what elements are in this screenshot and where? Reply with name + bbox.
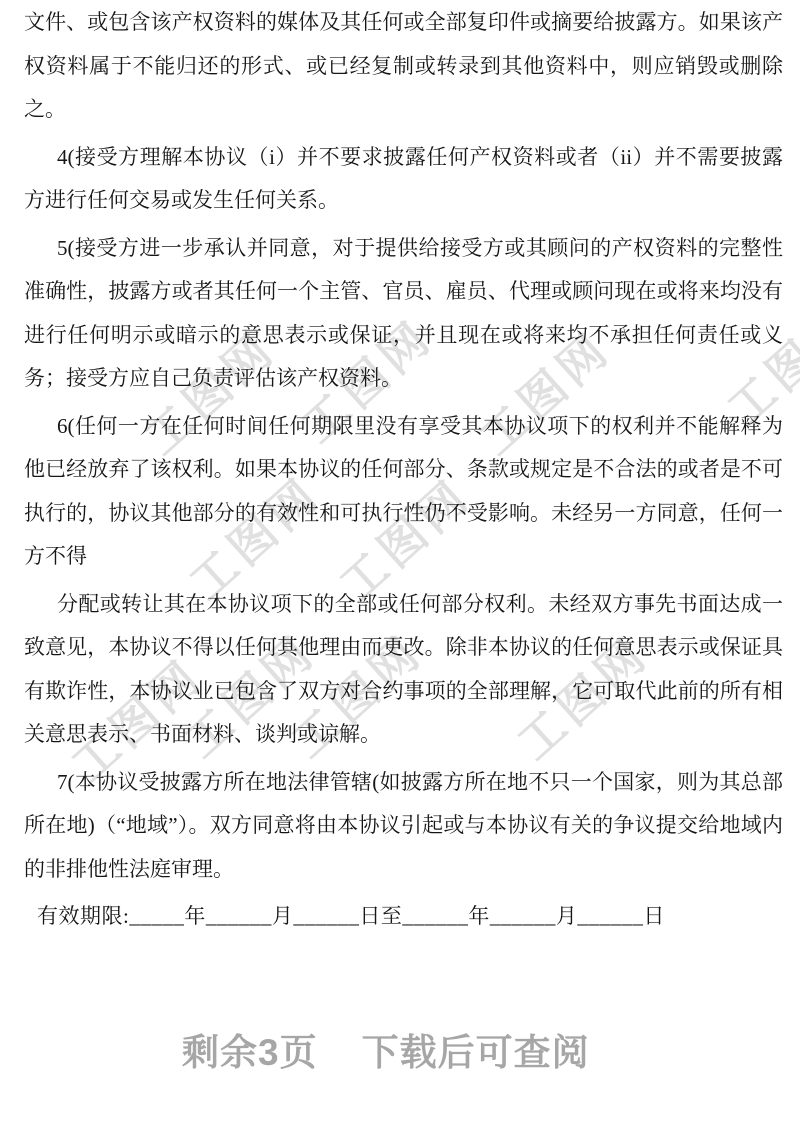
validity-period-line: 有效期限:_____年______月______日至______年______月…	[24, 895, 783, 939]
paragraph: 4(接受方理解本协议（i）并不要求披露任何产权资料或者（ii）并不需要披露方进行…	[24, 136, 783, 223]
paragraph: 7(本协议受披露方所在地法律管辖(如披露方所在地不只一个国家，则为其总部所在地)…	[24, 761, 783, 892]
paragraph: 分配或转让其在本协议项下的全部或任何部分权利。未经双方事先书面达成一致意见，本协…	[24, 583, 783, 757]
document-page: 工图网工图网工图网工图网工图网工图网工图网工图网工图网工图网 文件、或包含该产权…	[0, 0, 800, 1127]
paragraph: 5(接受方进一步承认并同意，对于提供给接受方或其顾问的产权资料的完整性准确性，披…	[24, 227, 783, 401]
download-banner: 剩余3页 下载后可查阅	[182, 1022, 590, 1076]
pages-remaining-label: 剩余3页	[182, 1022, 318, 1076]
download-hint-label: 下载后可查阅	[362, 1022, 590, 1076]
paragraph: 文件、或包含该产权资料的媒体及其任何或全部复印件或摘要给披露方。如果该产权资料属…	[24, 1, 783, 132]
document-body: 文件、或包含该产权资料的媒体及其任何或全部复印件或摘要给披露方。如果该产权资料属…	[0, 0, 800, 939]
paragraph: 6(任何一方在任何时间任何期限里没有享受其本协议项下的权利并不能解释为他已经放弃…	[24, 405, 783, 579]
